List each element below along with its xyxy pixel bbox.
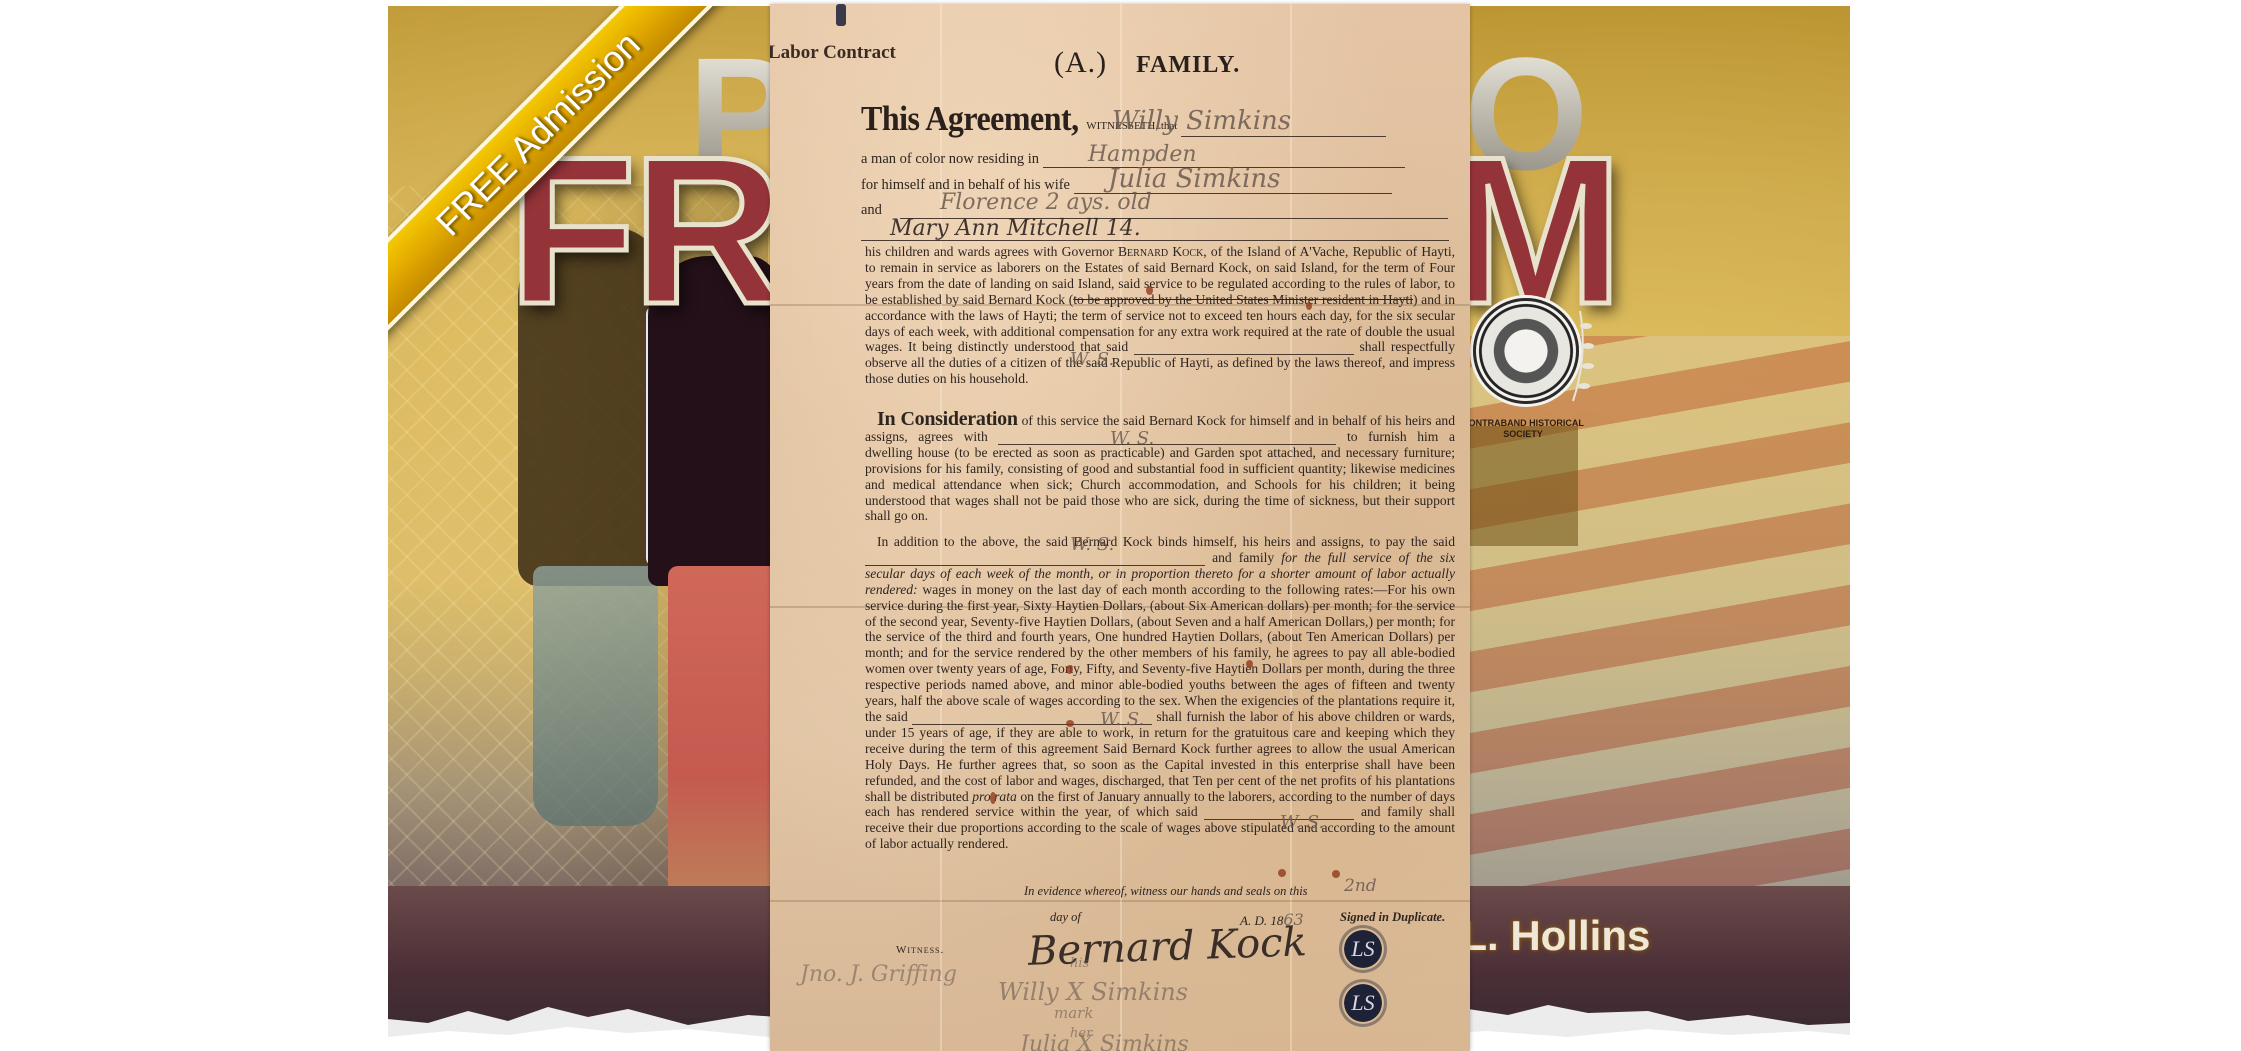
paragraph-terms-text: his children and wards agrees with Gover…: [865, 244, 1455, 387]
para3-text-b: and family: [1212, 550, 1274, 565]
fill-line: [861, 222, 1449, 241]
paragraph-terms: his children and wards agrees with Gover…: [865, 244, 1455, 387]
fill-line: [865, 553, 1205, 566]
evidence-clause: In evidence whereof, witness our hands a…: [1024, 884, 1308, 899]
mark-label: mark: [1054, 1004, 1093, 1022]
witness-label: Witness.: [896, 944, 944, 956]
handwritten-name: Willy Simkins: [1112, 106, 1291, 136]
laborer-signature: Willy X Simkins: [998, 978, 1188, 1006]
document-corner-label: Labor Contract: [770, 42, 896, 64]
wax-seal-icon: LS: [1342, 928, 1384, 970]
labor-contract-document: Labor Contract (A.) FAMILY. This Agreeme…: [770, 4, 1470, 1051]
and-label: and: [861, 202, 882, 218]
para3-text-c: wages in money on the last day of each m…: [865, 582, 1455, 724]
handwritten-initials: W. S.: [1110, 428, 1154, 449]
ink-stain: [1066, 665, 1073, 674]
governor-name: Bernard Kock: [1118, 244, 1203, 259]
his-label: his: [1070, 956, 1089, 971]
document-tear-mark: [836, 4, 846, 26]
heading-paren: (A.): [1054, 46, 1107, 79]
handwritten-child-1: Florence 2 ays. old: [940, 190, 1152, 215]
seal-caption-line2: SOCIETY: [1448, 429, 1598, 440]
document-heading: (A.) FAMILY.: [1054, 46, 1240, 80]
heading-title: FAMILY.: [1136, 52, 1240, 78]
signed-duplicate-label: Signed in Duplicate.: [1340, 910, 1445, 925]
ink-stain: [1066, 720, 1074, 727]
struck-text: to be approved by the United States Mini…: [1073, 292, 1413, 307]
handwritten-day: 2nd: [1344, 876, 1377, 896]
wax-seal-icon: LS: [1342, 982, 1384, 1024]
residing-label: a man of color now residing in: [861, 151, 1039, 167]
ink-stain: [1332, 870, 1340, 878]
fill-line: [1134, 342, 1354, 355]
fill-line: [998, 432, 1336, 445]
seal-caption: CONTRABAND HISTORICAL SOCIETY: [1448, 418, 1598, 440]
ink-stain: [990, 792, 996, 804]
ink-stain: [1246, 660, 1253, 668]
consideration-lead: In Consideration: [877, 408, 1018, 430]
paragraph-wages: In addition to the above, the said Berna…: [865, 534, 1455, 852]
agreement-lead: This Agreement,: [861, 98, 1079, 139]
ink-stain: [1278, 869, 1286, 877]
handwritten-initials: W. S.: [1100, 709, 1144, 730]
para3-text-a: In addition to the above, the said Berna…: [877, 534, 1455, 549]
soldier-legs: [533, 566, 658, 826]
para1-text-a: his children and wards agrees with Gover…: [865, 244, 1118, 259]
contraband-society-seal-icon: [1473, 298, 1579, 404]
ink-stain: [1146, 286, 1153, 295]
laurel-branch-icon: [1568, 306, 1598, 406]
ink-stain: [1306, 302, 1312, 310]
paragraph-consideration-text: In Consideration of this service the sai…: [865, 412, 1455, 524]
handwritten-initials: W. S.: [1280, 812, 1324, 833]
paragraph-consideration: In Consideration of this service the sai…: [865, 412, 1455, 524]
wife-signature: Julia X Simkins: [1020, 1032, 1189, 1051]
witness-signature: Jno. J. Griffing: [800, 962, 957, 987]
paragraph-wages-text: In addition to the above, the said Berna…: [865, 534, 1455, 852]
day-of-label: day of: [1050, 910, 1081, 925]
seal-caption-line1: CONTRABAND HISTORICAL: [1448, 418, 1598, 429]
handwritten-initials: W. S.: [1070, 349, 1114, 370]
handwritten-initials: W. S.: [1070, 534, 1114, 555]
